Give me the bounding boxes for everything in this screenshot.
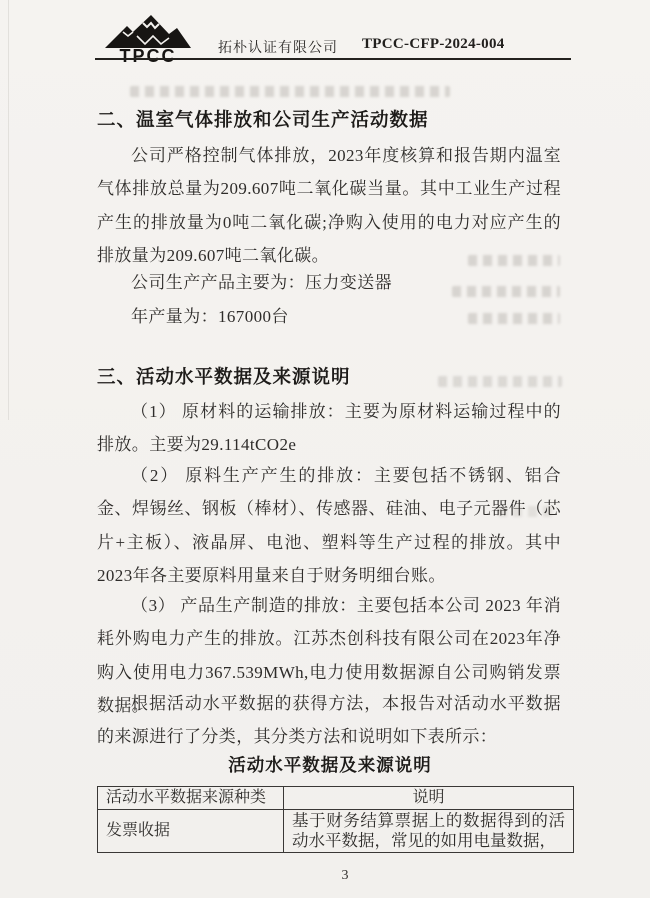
logo-text: TPCC <box>120 46 177 64</box>
ghg-paragraph: 公司严格控制气体排放，2023年度核算和报告期内温室气体排放总量为209.607… <box>97 139 561 273</box>
table-row: 发票收据 基于财务结算票据上的数据得到的活动水平数据，常见的如用电量数据， <box>98 810 574 853</box>
activity-source-table: 活动水平数据来源种类 说明 发票收据 基于财务结算票据上的数据得到的活动水平数据… <box>97 786 574 853</box>
document-page: TPCC 拓朴认证有限公司 TPCC-CFP-2024-004 二、温室气体排放… <box>0 0 650 898</box>
section-activity-title: 三、活动水平数据及来源说明 <box>97 363 563 389</box>
ghg-product-line: 公司生产产品主要为：压力变送器 <box>97 266 561 299</box>
activity-closing-paragraph: 根据活动水平数据的获得方法，本报告对活动水平数据的来源进行了分类，其分类方法和说… <box>97 687 561 754</box>
header-company-name: 拓朴认证有限公司 <box>218 37 338 57</box>
page-number: 3 <box>0 868 650 884</box>
table-header-row: 活动水平数据来源种类 说明 <box>98 787 574 810</box>
tpcc-logo: TPCC <box>99 14 197 64</box>
ghg-annual-output-line: 年产量为：167000台 <box>97 300 561 333</box>
activity-item-1: （1） 原材料的运输排放：主要为原材料运输过程中的排放。主要为29.114tCO… <box>97 395 561 462</box>
scan-fold-line <box>8 0 9 420</box>
mountain-logo-icon: TPCC <box>99 14 197 64</box>
activity-item-2: （2） 原料生产产生的排放：主要包括不锈钢、铝合金、焊锡丝、钢板（棒材）、传感器… <box>97 459 561 593</box>
table-title: 活动水平数据及来源说明 <box>97 752 563 777</box>
table-header-description: 说明 <box>284 787 574 810</box>
header-document-number: TPCC-CFP-2024-004 <box>362 36 505 53</box>
scan-bleedthrough-artifact <box>130 86 450 97</box>
table-header-source-type: 活动水平数据来源种类 <box>98 787 284 810</box>
cell-source-type: 发票收据 <box>98 810 284 853</box>
section-ghg-title: 二、温室气体排放和公司生产活动数据 <box>97 106 563 132</box>
cell-description: 基于财务结算票据上的数据得到的活动水平数据，常见的如用电量数据， <box>284 810 574 853</box>
header-rule <box>95 58 571 60</box>
